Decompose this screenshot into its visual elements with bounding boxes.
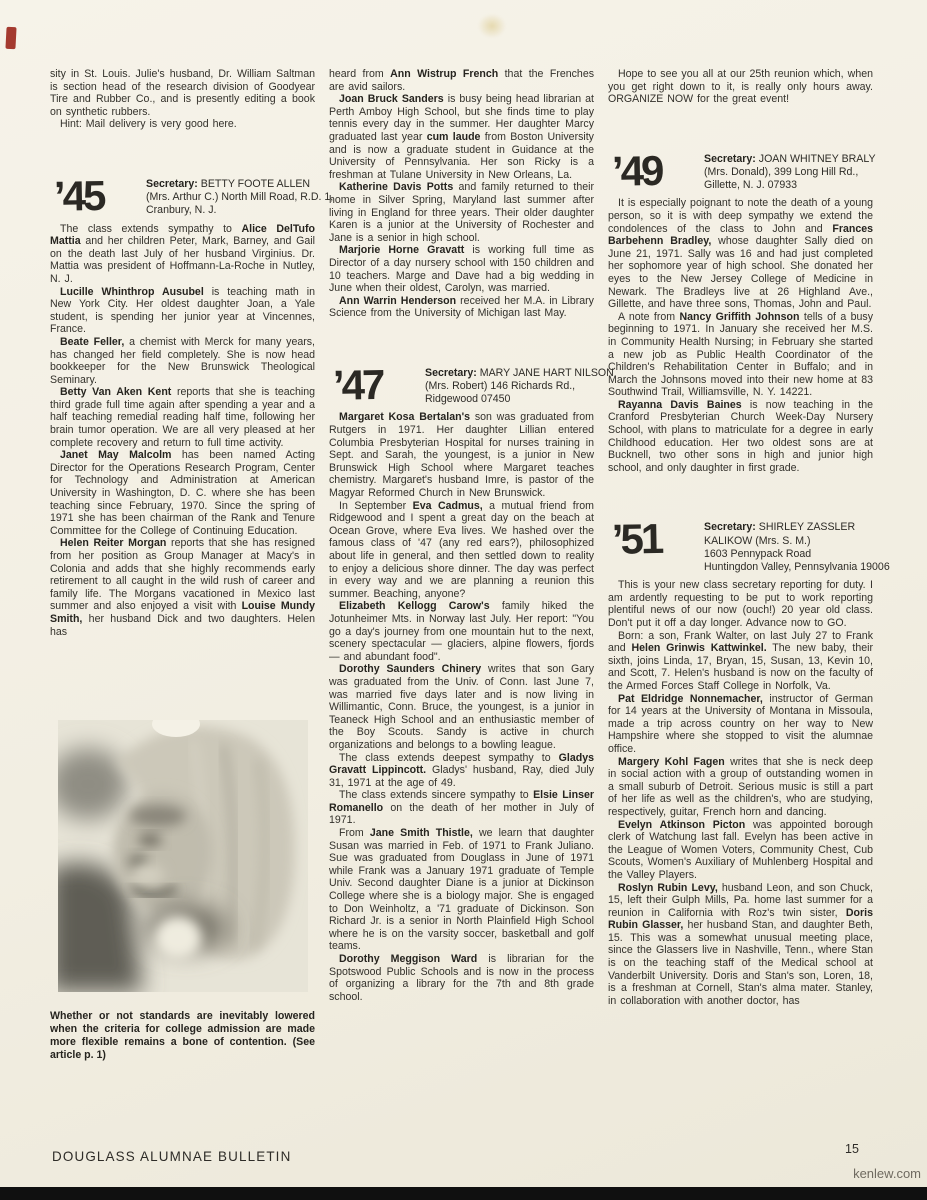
- bold-text: Secretary:: [425, 367, 477, 379]
- scan-edge-bar: [0, 1187, 927, 1200]
- text: In September: [339, 500, 413, 512]
- bold-text: Lucille Whinthrop Ausubel: [60, 286, 204, 298]
- text: Hint: Mail delivery is very good here.: [60, 118, 237, 130]
- bold-text: Helen Grinwis Kattwinkel.: [631, 642, 766, 654]
- paragraph: In September Eva Cadmus, a mutual friend…: [329, 500, 594, 601]
- secretary-line: Secretary: MARY JANE HART NILSON: [425, 367, 614, 380]
- text: tells of a busy beginning to 1971. In Ja…: [608, 311, 873, 399]
- bold-text: Helen Reiter Morgan: [60, 537, 166, 549]
- red-pen-mark: [5, 27, 16, 49]
- bulletin-title: DOUGLASS ALUMNAE BULLETIN: [52, 1148, 291, 1164]
- paragraph: Hint: Mail delivery is very good here.: [50, 118, 315, 131]
- text: Gillette, N. J. 07933: [704, 179, 797, 191]
- bold-text: Ann Warrin Henderson: [339, 295, 456, 307]
- text: writes that son Gary was graduated from …: [329, 663, 594, 751]
- text: her husband Dick and two daughters. Hele…: [50, 613, 315, 638]
- secretary-line: 1603 Pennypack Road: [704, 548, 890, 561]
- class-year-numeral: ’45: [50, 176, 147, 218]
- bold-text: Nancy Griffith Johnson: [679, 311, 799, 323]
- paragraph: Betty Van Aken Kent reports that she is …: [50, 386, 315, 449]
- photo-caption: Whether or not standards are inevitably …: [50, 1010, 315, 1062]
- paragraph: The class extends sympathy to Alice DelT…: [50, 223, 315, 286]
- paragraph: Janet May Malcolm has been named Acting …: [50, 449, 315, 537]
- secretary-line: Secretary: BETTY FOOTE ALLEN: [146, 178, 333, 191]
- class-year-numeral: ’51: [608, 520, 705, 575]
- paragraph: A note from Nancy Griffith Johnson tells…: [608, 311, 873, 399]
- secretary-line: KALIKOW (Mrs. S. M.): [704, 535, 890, 548]
- bold-text: Ann Wistrup French: [390, 68, 498, 80]
- bold-text: Betty Van Aken Kent: [60, 386, 171, 398]
- secretary-line: Gillette, N. J. 07933: [704, 179, 876, 192]
- secretary-line: Secretary: JOAN WHITNEY BRALY: [704, 153, 876, 166]
- paragraph: sity in St. Louis. Julie's husband, Dr. …: [50, 68, 315, 118]
- paragraph: Evelyn Atkinson Picton was appointed bor…: [608, 819, 873, 882]
- text: JOAN WHITNEY BRALY: [756, 153, 876, 165]
- text: Huntingdon Valley, Pennsylvania 19006: [704, 561, 890, 573]
- text: KALIKOW (Mrs. S. M.): [704, 535, 811, 547]
- bold-text: Rayanna Davis Baines: [618, 399, 742, 411]
- secretary-address: Secretary: MARY JANE HART NILSON(Mrs. Ro…: [425, 366, 614, 407]
- text: The class extends deepest sympathy to: [339, 752, 559, 764]
- bold-text: Janet May Malcolm: [60, 449, 171, 461]
- bold-text: cum laude: [427, 131, 481, 143]
- paragraph: Margery Kohl Fagen writes that she is ne…: [608, 756, 873, 819]
- text: (Mrs. Robert) 146 Richards Rd.,: [425, 380, 575, 392]
- bold-text: Elizabeth Kellogg Carow's: [339, 600, 490, 612]
- secretary-line: (Mrs. Arthur C.) North Mill Road, R.D. 1…: [146, 191, 333, 204]
- secretary-line: Ridgewood 07450: [425, 393, 614, 406]
- text: Ridgewood 07450: [425, 393, 510, 405]
- text: SHIRLEY ZASSLER: [756, 521, 855, 533]
- bold-text: Eva Cadmus,: [413, 500, 483, 512]
- secretary-line: (Mrs. Donald), 399 Long Hill Rd.,: [704, 166, 876, 179]
- paragraph: This is your new class secretary reporti…: [608, 579, 873, 629]
- secretary-line: Cranbury, N. J.: [146, 204, 333, 217]
- photo-illustration: [58, 720, 308, 992]
- paper-stain: [478, 14, 506, 38]
- column-1: sity in St. Louis. Julie's husband, Dr. …: [50, 68, 315, 1073]
- paragraph: Margaret Kosa Bertalan's son was graduat…: [329, 411, 594, 499]
- paragraph: Joan Bruck Sanders is busy being head li…: [329, 93, 594, 181]
- bold-text: Secretary:: [704, 153, 756, 165]
- class-section-head: ’47Secretary: MARY JANE HART NILSON(Mrs.…: [329, 366, 594, 407]
- bold-text: Katherine Davis Potts: [339, 181, 453, 193]
- text: a mutual friend from Ridgewood and I spe…: [329, 500, 594, 600]
- secretary-address: Secretary: BETTY FOOTE ALLEN(Mrs. Arthur…: [146, 177, 333, 218]
- paragraph: Marjorie Horne Gravatt is working full t…: [329, 244, 594, 294]
- text: sity in St. Louis. Julie's husband, Dr. …: [50, 68, 315, 118]
- class-year-numeral: ’47: [329, 365, 426, 407]
- text: BETTY FOOTE ALLEN: [198, 178, 310, 190]
- bold-text: Marjorie Horne Gravatt: [339, 244, 464, 256]
- paragraph: Dorothy Saunders Chinery writes that son…: [329, 663, 594, 751]
- class-year-numeral: ’49: [608, 151, 705, 193]
- class-section-head: ’49Secretary: JOAN WHITNEY BRALY(Mrs. Do…: [608, 152, 873, 193]
- secretary-line: Huntingdon Valley, Pennsylvania 19006: [704, 561, 890, 574]
- paragraph: The class extends sincere sympathy to El…: [329, 789, 594, 827]
- bold-text: Margaret Kosa Bertalan's: [339, 411, 470, 423]
- paragraph: heard from Ann Wistrup French that the F…: [329, 68, 594, 93]
- bold-text: Evelyn Atkinson Picton: [618, 819, 745, 831]
- scanned-bulletin-page: { "footer": { "bulletin_title": "DOUGLAS…: [0, 0, 927, 1200]
- paragraph: Katherine Davis Potts and family returne…: [329, 181, 594, 244]
- bold-text: Jane Smith Thistle,: [370, 827, 473, 839]
- text: The class extends sympathy to: [60, 223, 241, 235]
- bold-text: Whether or not standards are inevitably …: [50, 1010, 315, 1061]
- text: MARY JANE HART NILSON: [477, 367, 614, 379]
- bold-text: Dorothy Meggison Ward: [339, 953, 477, 965]
- text: From: [339, 827, 370, 839]
- class-section-head: ’51Secretary: SHIRLEY ZASSLERKALIKOW (Mr…: [608, 520, 873, 574]
- text: heard from: [329, 68, 390, 80]
- page-number: 15: [845, 1142, 859, 1156]
- class-section-head: ’45Secretary: BETTY FOOTE ALLEN(Mrs. Art…: [50, 177, 315, 218]
- bold-text: Margery Kohl Fagen: [618, 756, 725, 768]
- watermark: kenlew.com: [853, 1166, 921, 1181]
- three-column-text-area: sity in St. Louis. Julie's husband, Dr. …: [50, 68, 873, 1073]
- column-1-flow: sity in St. Louis. Julie's husband, Dr. …: [50, 68, 315, 638]
- bold-text: Secretary:: [146, 178, 198, 190]
- paragraph: Elizabeth Kellogg Carow's family hiked t…: [329, 600, 594, 663]
- paragraph: Hope to see you all at our 25th reunion …: [608, 68, 873, 106]
- secretary-line: (Mrs. Robert) 146 Richards Rd.,: [425, 380, 614, 393]
- paragraph: From Jane Smith Thistle, we learn that d…: [329, 827, 594, 953]
- text: son was graduated from Rutgers in 1971. …: [329, 411, 594, 499]
- column-3: Hope to see you all at our 25th reunion …: [608, 68, 873, 1073]
- column-2-flow: heard from Ann Wistrup French that the F…: [329, 68, 594, 1003]
- paragraph: Dorothy Meggison Ward is librarian for t…: [329, 953, 594, 1003]
- class-photo: [58, 720, 308, 992]
- text: Cranbury, N. J.: [146, 204, 216, 216]
- bold-text: Beate Feller,: [60, 336, 124, 348]
- paragraph: Roslyn Rubin Levy, husband Leon, and son…: [608, 882, 873, 1008]
- text: her husband Stan, and daughter Beth, 15.…: [608, 919, 873, 1007]
- text: we learn that daughter Susan was married…: [329, 827, 594, 952]
- paragraph: Helen Reiter Morgan reports that she has…: [50, 537, 315, 638]
- paragraph: It is especially poignant to note the de…: [608, 197, 873, 310]
- text: This is your new class secretary reporti…: [608, 579, 873, 629]
- bold-text: Pat Eldridge Nonnemacher,: [618, 693, 763, 705]
- column-3-flow: Hope to see you all at our 25th reunion …: [608, 68, 873, 1007]
- column-2: heard from Ann Wistrup French that the F…: [329, 68, 594, 1073]
- paragraph: Ann Warrin Henderson received her M.A. i…: [329, 295, 594, 320]
- text: and her children Peter, Mark, Barney, an…: [50, 235, 315, 285]
- text: has been named Acting Director for the O…: [50, 449, 315, 537]
- bold-text: Roslyn Rubin Levy,: [618, 882, 718, 894]
- text: (Mrs. Arthur C.) North Mill Road, R.D. 1…: [146, 191, 333, 203]
- paragraph: The class extends deepest sympathy to Gl…: [329, 752, 594, 790]
- paragraph: Born: a son, Frank Walter, on last July …: [608, 630, 873, 693]
- paragraph: Pat Eldridge Nonnemacher, instructor of …: [608, 693, 873, 756]
- bold-text: Dorothy Saunders Chinery: [339, 663, 481, 675]
- text: Hope to see you all at our 25th reunion …: [608, 68, 873, 105]
- paragraph: Lucille Whinthrop Ausubel is teaching ma…: [50, 286, 315, 336]
- secretary-address: Secretary: JOAN WHITNEY BRALY(Mrs. Donal…: [704, 152, 876, 193]
- secretary-line: Secretary: SHIRLEY ZASSLER: [704, 521, 890, 534]
- text: The class extends sincere sympathy to: [339, 789, 533, 801]
- paragraph: Beate Feller, a chemist with Merck for m…: [50, 336, 315, 386]
- text: (Mrs. Donald), 399 Long Hill Rd.,: [704, 166, 858, 178]
- text: 1603 Pennypack Road: [704, 548, 811, 560]
- secretary-address: Secretary: SHIRLEY ZASSLERKALIKOW (Mrs. …: [704, 520, 890, 574]
- bold-text: Joan Bruck Sanders: [339, 93, 444, 105]
- text: A note from: [618, 311, 679, 323]
- paragraph: Rayanna Davis Baines is now teaching in …: [608, 399, 873, 475]
- bold-text: Secretary:: [704, 521, 756, 533]
